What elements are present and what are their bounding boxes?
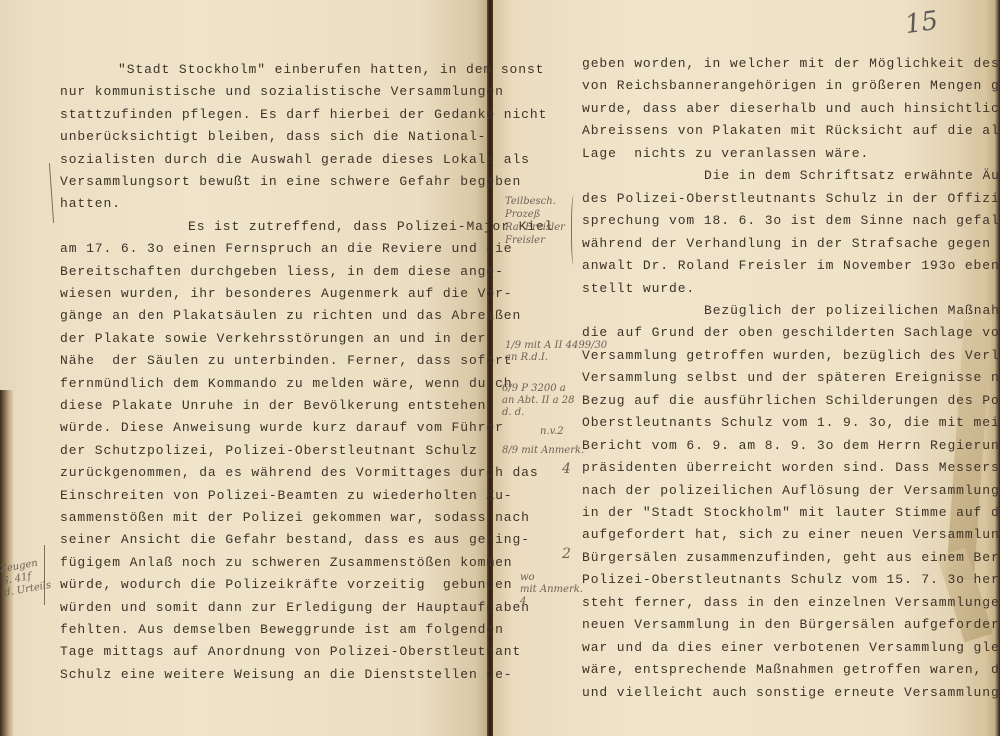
text-line: Tage mittags auf Anordnung von Polizei-O…	[60, 644, 521, 660]
text-line: Schulz eine weitere Weisung an die Diens…	[60, 667, 512, 683]
text-line: die auf Grund der oben geschilderten Sac…	[582, 325, 1000, 341]
text-line: seiner Ansicht die Gefahr bestand, dass …	[60, 532, 530, 548]
margin-note: 8/9 mit Anmerk.	[502, 445, 584, 457]
text-line: der Plakate sowie Verkehrsstörungen an u…	[60, 331, 486, 347]
margin-note: Teilbesch. Prozeß Ra. Freisler Freisler	[505, 195, 565, 247]
text-line: aufgefordert hat, sich zu einer neuen Ve…	[582, 527, 1000, 543]
text-line: und vielleicht auch sonstige erneute Ver…	[582, 685, 1000, 701]
text-line: wurde, dass aber dieserhalb und auch hin…	[582, 101, 1000, 117]
text-line: geben worden, in welcher mit der Möglich…	[582, 56, 1000, 72]
text-line: des Polizei-Oberstleutnants Schulz in de…	[582, 191, 1000, 207]
text-line: präsidenten überreicht worden sind. Dass…	[582, 460, 1000, 476]
text-line: Versammlung getroffen wurden, bezüglich …	[582, 348, 1000, 364]
margin-note: wo mit Anmerk. 4	[520, 572, 583, 608]
margin-note: 4	[562, 463, 571, 475]
text-line: würde. Diese Anweisung wurde kurz darauf…	[60, 420, 504, 436]
text-line: hatten.	[60, 196, 121, 212]
text-line: Bezüglich der polizeilichen Maßnahmen,	[704, 303, 1000, 319]
margin-note: n.v.2	[540, 426, 564, 438]
text-line: am 17. 6. 3o einen Fernspruch an die Rev…	[60, 241, 512, 257]
text-line: Bericht vom 6. 9. am 8. 9. 3o dem Herrn …	[582, 438, 1000, 454]
text-line: Polizei-Oberstleutnants Schulz vom 15. 7…	[582, 572, 1000, 588]
margin-note: 6/9 P 3200 a an Abt. II a 28 d. d.	[502, 383, 575, 419]
text-line: Versammlungsort bewußt in eine schwere G…	[60, 174, 521, 190]
text-line: zurückgenommen, da es während des Vormit…	[60, 465, 539, 481]
text-line: "Stadt Stockholm" einberufen hatten, in …	[118, 62, 544, 78]
margin-note: 2	[562, 548, 571, 560]
text-line: Die in dem Schriftsatz erwähnte Äußerung	[704, 168, 1000, 184]
text-line: wäre, entsprechende Maßnahmen getroffen …	[582, 662, 1000, 678]
text-line: der Schutzpolizei, Polizei-Oberstleutnan…	[60, 443, 478, 459]
text-line: fernmündlich dem Kommando zu melden wäre…	[60, 376, 512, 392]
text-line: diese Plakate Unruhe in der Bevölkerung …	[60, 398, 486, 414]
text-line: gänge an den Plakatsäulen zu richten und…	[60, 308, 521, 324]
text-line: Bereitschaften durchgeben liess, in dem …	[60, 264, 504, 280]
text-line: Abreissens von Plakaten mit Rücksicht au…	[582, 123, 1000, 139]
text-line: würde, wodurch die Polizeikräfte vorzeit…	[60, 577, 512, 593]
text-line: während der Verhandlung in der Strafsach…	[582, 236, 1000, 252]
text-line: nur kommunistische und sozialistische Ve…	[60, 84, 504, 100]
text-line: unberücksichtigt bleiben, dass sich die …	[60, 129, 486, 145]
text-line: von Reichsbannerangehörigen in größeren …	[582, 78, 1000, 94]
text-line: steht ferner, dass in den einzelnen Vers…	[582, 595, 1000, 611]
text-line: sammenstößen mit der Polizei gekommen wa…	[60, 510, 530, 526]
text-line: sozialisten durch die Auswahl gerade die…	[60, 152, 530, 168]
margin-note: 1/9 mit A II 4499/30 an R.d.I.	[505, 340, 607, 364]
text-line: in der "Stadt Stockholm" mit lauter Stim…	[582, 505, 1000, 521]
text-line: würden und somit dann zur Erledigung der…	[60, 600, 530, 616]
text-line: anwalt Dr. Roland Freisler im November 1…	[582, 258, 1000, 274]
text-line: wiesen wurden, ihr besonderes Augenmerk …	[60, 286, 512, 302]
text-line: Oberstleutnants Schulz vom 1. 9. 3o, die…	[582, 415, 1000, 431]
text-line: neuen Versammlung in den Bürgersälen auf…	[582, 617, 1000, 633]
text-line: Es ist zutreffend, dass Polizei-Major Ki…	[188, 219, 553, 235]
text-line: fügigem Anlaß noch zu schweren Zusammens…	[60, 555, 512, 571]
text-line: Bürgersälen zusammenzufinden, geht aus e…	[582, 550, 1000, 566]
text-line: Einschreiten von Polizei-Beamten zu wied…	[60, 488, 512, 504]
text-line: sprechung vom 18. 6. 3o ist dem Sinne na…	[582, 213, 1000, 229]
text-line: stellt wurde.	[582, 281, 695, 297]
text-line: nach der polizeilichen Auflösung der Ver…	[582, 483, 1000, 499]
text-line: Lage nichts zu veranlassen wäre.	[582, 146, 869, 162]
text-line: fehlten. Aus demselben Beweggrunde ist a…	[60, 622, 504, 638]
page-number: 15	[903, 6, 940, 40]
margin-brace	[571, 195, 578, 265]
text-line: war und da dies einer verbotenen Versamm…	[582, 640, 1000, 656]
text-line: Nähe der Säulen zu unterbinden. Ferner, …	[60, 353, 512, 369]
text-line: Bezug auf die ausführlichen Schilderunge…	[582, 393, 1000, 409]
text-line: Versammlung selbst und der späteren Erei…	[582, 370, 1000, 386]
text-line: stattzufinden pflegen. Es darf hierbei d…	[60, 107, 547, 123]
